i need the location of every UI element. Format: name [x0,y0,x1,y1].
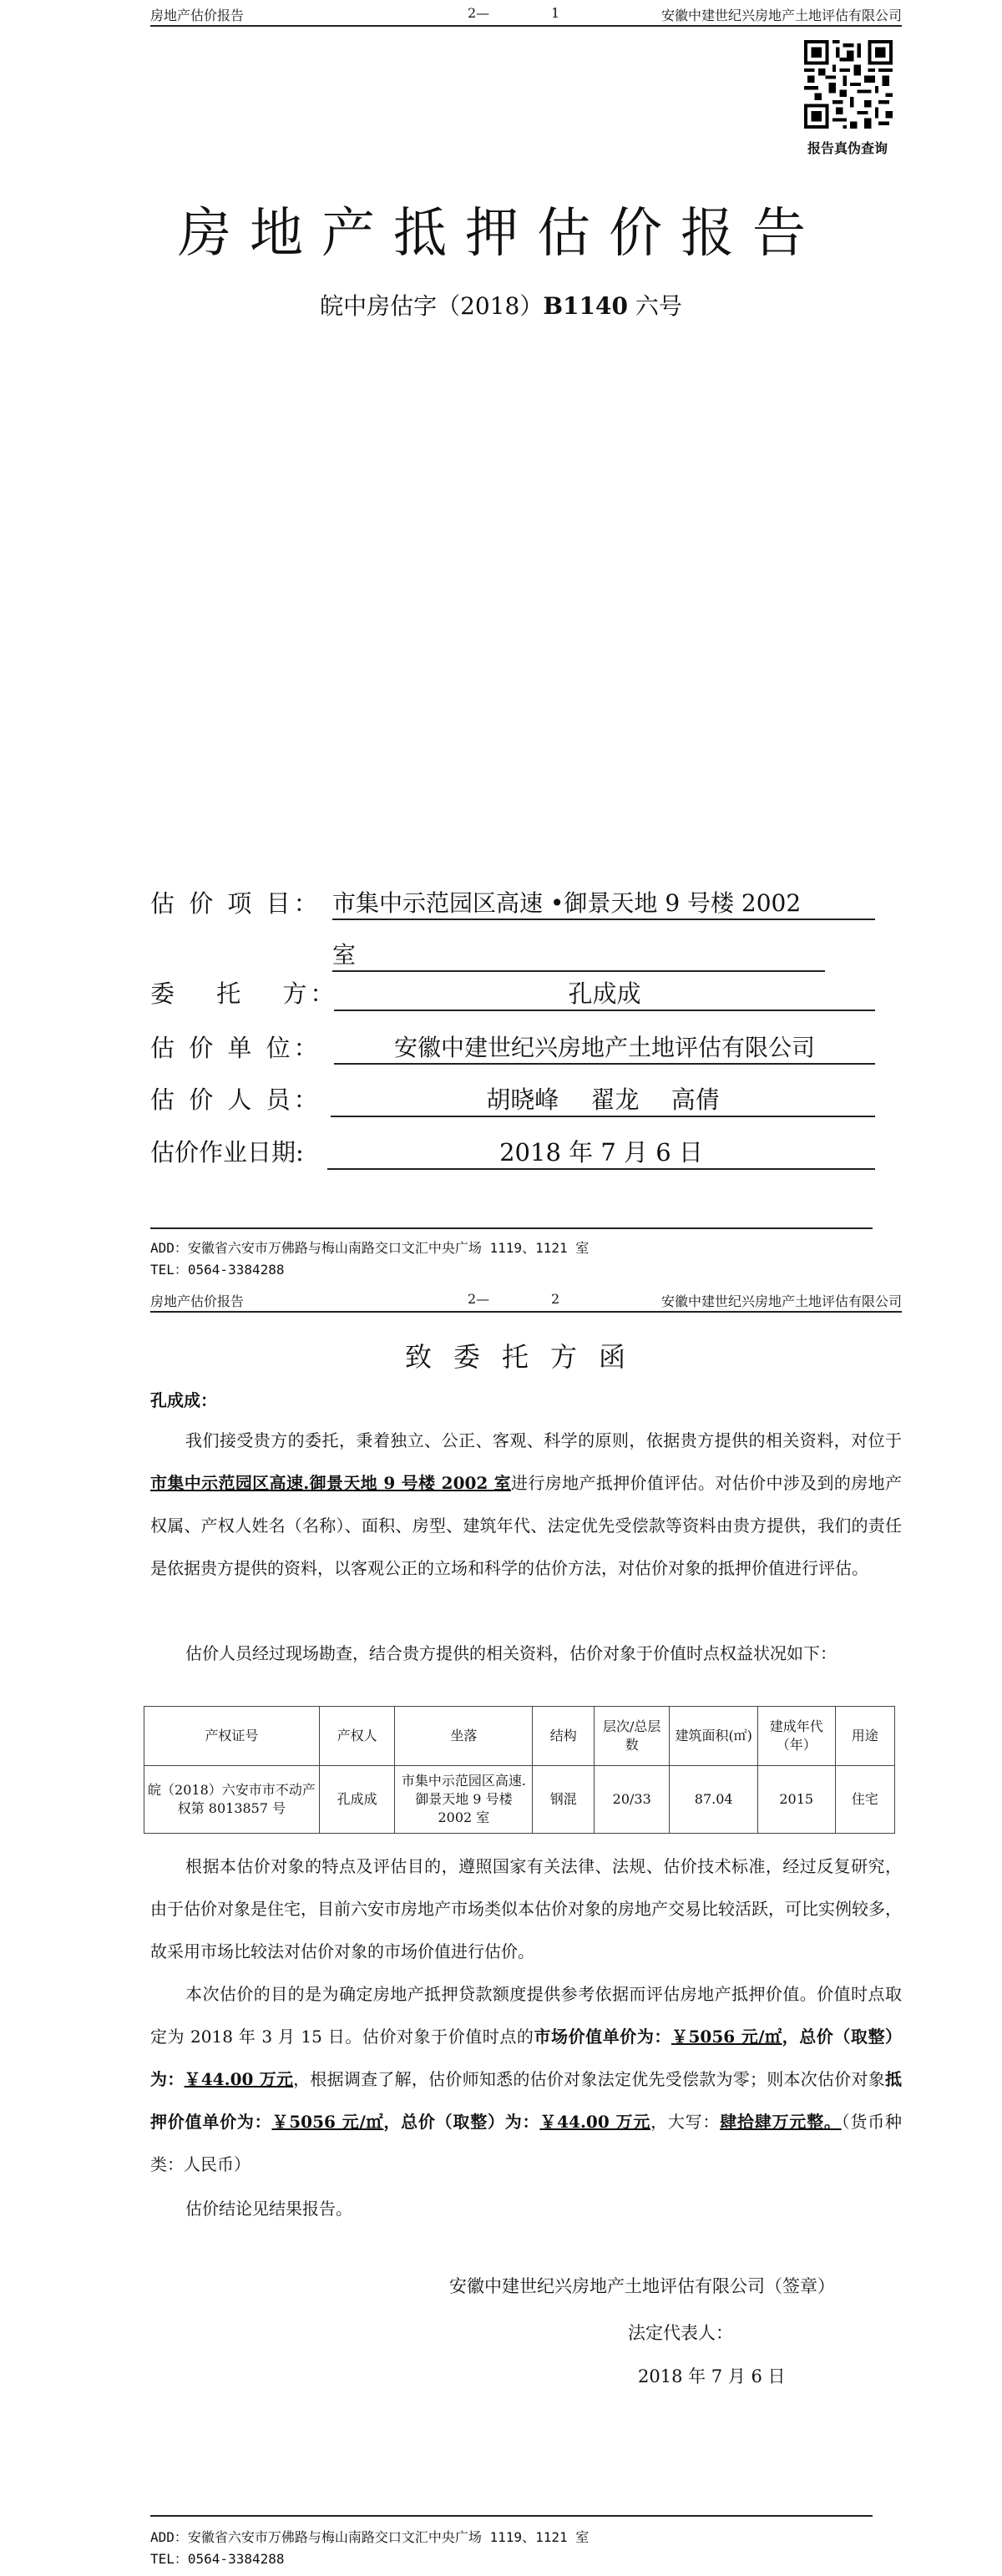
p4-market-unit-label: 市场价值单价为： [534,2027,671,2047]
header-report-type: 房地产估价报告 [150,5,244,24]
letter-paragraph-5: 估价结论见结果报告。 [150,2188,902,2230]
field-project-value-line1: 市集中示范园区高速 •御景天地 9 号楼 2002 [332,885,875,920]
col-floor: 层次/总层数 [594,1707,670,1766]
field-appraisers-label: 估 价 人 员： [150,1081,321,1116]
p4-text-f: ，根据调查了解，估价师知悉的估价对象法定优先受偿款为零；则本次估价对象 [293,2069,885,2089]
col-year-built: 建成年代（年） [757,1707,835,1766]
field-client: 委 托 方： 孔成成 [150,975,885,1013]
letter-paragraph-3: 根据本估价对象的特点及评估目的，遵照国家有关法律、法规、估价技术标准，经过反复研… [150,1845,902,1973]
cell-cert-no: 皖（2018）六安市市不动产权第 8013857 号 [144,1766,320,1834]
field-client-label: 委 托 方： [150,975,337,1010]
p4-mortgage-total-label: ，总价（取整）为： [383,2112,539,2132]
cell-structure: 钢混 [533,1766,594,1834]
doc-no-prefix: 皖中房估字（2018） [320,292,543,320]
col-location: 坐落 [395,1707,533,1766]
header-company: 安徽中建世纪兴房地产土地评估有限公司 [661,1291,902,1310]
col-owner: 产权人 [319,1707,395,1766]
field-project-label: 估 价 项 目： [150,885,321,919]
page-header-2: 房地产估价报告 2— 2 安徽中建世纪兴房地产土地评估有限公司 [150,1286,902,1313]
field-appraiser-company-label: 估 价 单 位： [150,1030,321,1064]
doc-no-suffix: 六号 [628,292,682,320]
signature-company: 安徽中建世纪兴房地产土地评估有限公司（签章） [449,2273,835,2298]
field-client-value: 孔成成 [334,975,875,1011]
p1-text-a: 我们接受贵方的委托，秉着独立、公正、客观、科学的原则，依据贵方提供的相关资料，对… [185,1430,902,1450]
p1-property-address: 市集中示范园区高速.御景天地 9 号楼 2002 室 [150,1473,511,1493]
field-project-value-line2: 室 [332,937,825,972]
table-row: 皖（2018）六安市市不动产权第 8013857 号 孔成成 市集中示范园区高速… [144,1766,895,1834]
p4-amount-in-words: 肆拾肆万元整。 [720,2112,841,2132]
p4-text-k: ，大写： [650,2112,720,2132]
letter-paragraph-2: 估价人员经过现场勘查，结合贵方提供的相关资料，估价对象于价值时点权益状况如下： [150,1632,902,1675]
field-appraisers-value: 胡晓峰 翟龙 高倩 [331,1081,875,1117]
header-report-type: 房地产估价报告 [150,1291,244,1310]
letter-paragraph-1: 我们接受贵方的委托，秉着独立、公正、客观、科学的原则，依据贵方提供的相关资料，对… [150,1420,902,1590]
letter-salutation: 孔成成： [150,1379,902,1422]
letter-paragraph-4: 本次估价的目的是为确定房地产抵押贷款额度提供参考依据而评估房地产抵押价值。价值时… [150,1973,902,2186]
cell-usage: 住宅 [835,1766,894,1834]
document-number: 皖中房估字（2018）B1140 六号 [150,288,852,321]
cell-floor: 20/33 [594,1766,670,1834]
header-page-number: 1 [551,5,559,21]
header-page-prefix: 2— [468,5,489,21]
field-appraiser-company: 估 价 单 位： 安徽中建世纪兴房地产土地评估有限公司 [150,1030,885,1067]
qr-code-icon[interactable] [804,40,893,129]
cell-location: 市集中示范园区高速.御景天地 9 号楼 2002 室 [395,1766,533,1834]
p4-mortgage-unit-price: ￥5056 元/㎡ [271,2112,383,2132]
report-title: 房地产抵押估价报告 [150,190,852,267]
cell-area: 87.04 [670,1766,757,1834]
cell-owner: 孔成成 [319,1766,395,1834]
header-company: 安徽中建世纪兴房地产土地评估有限公司 [661,5,902,24]
col-cert-no: 产权证号 [144,1707,320,1766]
signature-date: 2018 年 7 月 6 日 [638,2363,786,2388]
table-header-row: 产权证号 产权人 坐落 结构 层次/总层数 建筑面积(㎡) 建成年代（年） 用途 [144,1707,895,1766]
field-work-date: 估价作业日期: 2018 年 7 月 6 日 [150,1134,885,1172]
col-usage: 用途 [835,1707,894,1766]
signature-legal-rep: 法定代表人： [628,2320,733,2345]
header-page-prefix: 2— [468,1291,489,1307]
page-header-1: 房地产估价报告 2— 1 安徽中建世纪兴房地产土地评估有限公司 [150,0,902,27]
footer-tel-2: TEL：0564-3384288 [150,2548,285,2568]
p4-mortgage-total-price: ￥44.00 万元 [539,2112,650,2132]
field-appraiser-company-value: 安徽中建世纪兴房地产土地评估有限公司 [334,1030,875,1065]
footer-address-2: ADD：安徽省六安市万佛路与梅山南路交口文汇中央广场 1119、1121 室 [150,2527,589,2546]
cell-year-built: 2015 [757,1766,835,1834]
p4-market-unit-price: ￥5056 元/㎡ [671,2027,782,2047]
header-page-number: 2 [551,1291,559,1307]
footer-tel-1: TEL：0564-3384288 [150,1259,285,1278]
p4-market-total-price: ￥44.00 万元 [185,2069,294,2089]
footer-address-1: ADD：安徽省六安市万佛路与梅山南路交口文汇中央广场 1119、1121 室 [150,1237,589,1257]
field-work-date-value: 2018 年 7 月 6 日 [327,1134,875,1170]
qr-label: 报告真伪查询 [797,138,898,157]
field-project: 估 价 项 目： 市集中示范园区高速 •御景天地 9 号楼 2002 室 [150,885,885,960]
field-work-date-label: 估价作业日期: [150,1134,304,1168]
doc-no-code: B1140 [543,292,628,320]
property-table: 产权证号 产权人 坐落 结构 层次/总层数 建筑面积(㎡) 建成年代（年） 用途… [144,1706,895,1834]
footer-divider-2 [150,2515,873,2517]
letter-title: 致委托方函 [150,1336,902,1374]
footer-divider-1 [150,1227,873,1229]
col-structure: 结构 [533,1707,594,1766]
field-appraisers: 估 价 人 员： 胡晓峰 翟龙 高倩 [150,1081,885,1119]
col-area: 建筑面积(㎡) [670,1707,757,1766]
